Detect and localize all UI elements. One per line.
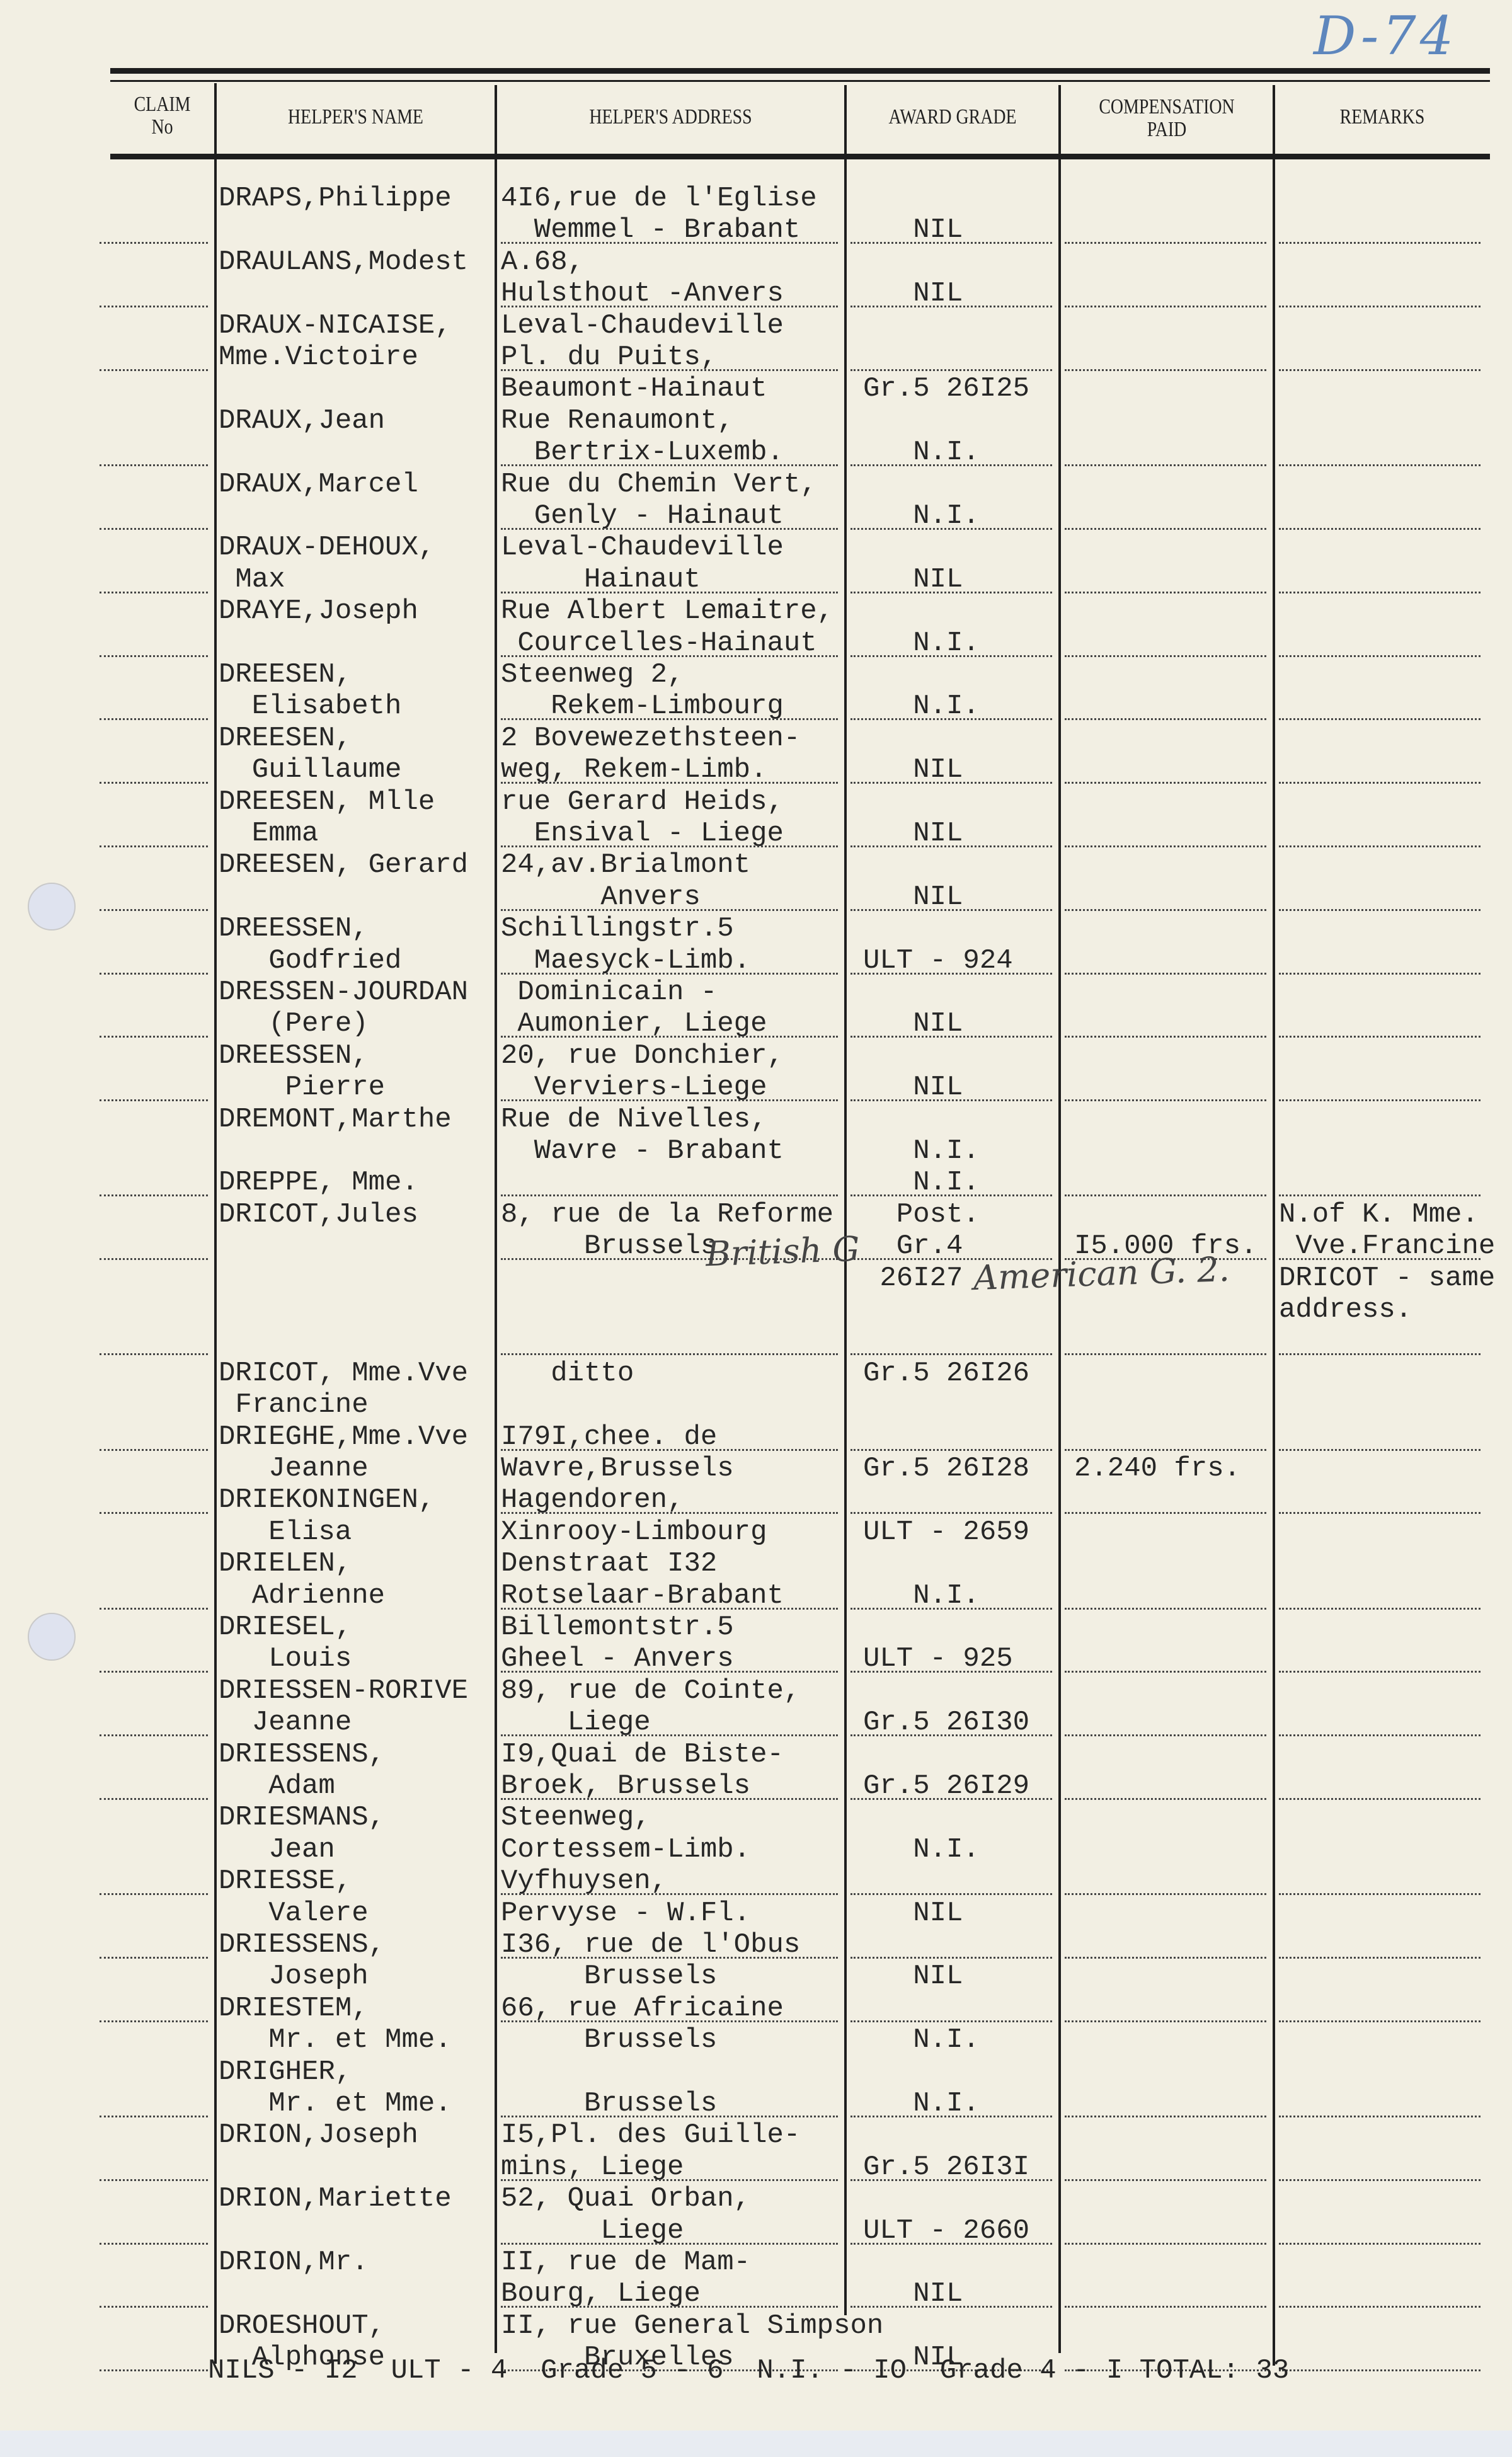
row-separator [501,1671,838,1673]
row-separator [850,1194,1052,1196]
cell-addr: Hainaut [501,564,701,595]
row-separator [850,1798,1052,1800]
row-separator [850,1893,1052,1895]
row-separator [850,2020,1052,2022]
cell-award: 26I27 [863,1263,963,1294]
row-separator [501,592,838,593]
row-separator [1065,1353,1266,1355]
row-separator [100,464,208,466]
cell-addr: Brussels [501,2024,717,2056]
row-separator [100,973,208,975]
cell-addr: A.68, [501,246,584,278]
cell-name: DRION,Joseph [219,2119,418,2151]
row-separator [501,1512,838,1514]
row-separator [850,718,1052,720]
cell-addr: weg, Rekem-Limb. [501,754,767,786]
row-separator [501,1798,838,1800]
row-separator [850,1671,1052,1673]
cell-name: Elisa [219,1516,352,1548]
row-separator [850,909,1052,911]
row-separator [1279,718,1480,720]
cell-addr: Rue Albert Lemaitre, [501,595,833,627]
cell-award: ULT - 924 [863,945,1013,976]
cell-addr: Bourg, Liege [501,2278,701,2310]
row-separator [100,2179,208,2181]
row-separator [100,528,208,530]
cell-addr: Rue Renaumont, [501,405,734,437]
row-separator [100,592,208,593]
cell-award: N.I. [863,1580,980,1612]
cell-addr: Vyfhuysen, [501,1865,667,1897]
row-separator [100,306,208,307]
cell-addr: I9,Quai de Biste- [501,1739,784,1770]
cell-name: DRAUX-DEHOUX, [219,532,435,563]
row-separator [1279,845,1480,847]
row-separator [501,2179,838,2181]
cell-name: DRION,Mariette [219,2183,452,2214]
cell-award: Gr.5 26I28 [863,1453,1029,1484]
cell-award: N.I. [863,2088,980,2119]
cell-name: DRIESSEN-RORIVE [219,1675,468,1707]
cell-award: Gr.5 26I3I [863,2151,1029,2183]
cell-addr: Cortessem-Limb. [501,1834,750,1865]
cell-addr: Liege [501,2215,684,2247]
row-separator [501,464,838,466]
row-separator [850,1512,1052,1514]
cell-name: Max [219,564,285,595]
row-separator [501,1194,838,1196]
column-divider [844,85,847,2315]
row-separator [1279,1893,1480,1895]
cell-addr: Aumonier, Liege [501,1008,767,1039]
cell-name: Adam [219,1770,335,1802]
cell-award: NIL [863,1961,963,1992]
cell-name: DRIELEN, [219,1548,352,1579]
cell-award: N.I. [863,1834,980,1865]
row-separator [850,2306,1052,2308]
cell-award: NIL [863,881,963,913]
row-separator [850,464,1052,466]
row-separator [1065,306,1266,307]
cell-addr: 66, rue Africaine [501,1993,784,2024]
punch-hole [28,1613,76,1661]
cell-addr: Rekem-Limbourg [501,690,784,722]
row-separator [1065,973,1266,975]
cell-addr: 8, rue de la Reforme [501,1199,833,1230]
cell-addr: Rue du Chemin Vert, [501,469,817,500]
cell-award: Gr.5 26I26 [863,1358,1029,1389]
cell-addr: Genly - Hainaut [501,500,784,532]
row-separator [100,2243,208,2245]
row-separator [501,1957,838,1959]
cell-remarks: address. [1279,1294,1412,1326]
cell-name: DRION,Mr. [219,2247,369,2278]
row-separator [100,782,208,784]
cell-award: NIL [863,1898,963,1929]
row-separator [100,1449,208,1451]
cell-name: DRICOT,Jules [219,1199,418,1230]
row-separator [501,369,838,371]
row-separator [850,592,1052,593]
cell-addr: Steenweg, [501,1802,651,1833]
cell-addr: Liege [501,1707,651,1738]
cell-addr: Pl. du Puits, [501,341,717,373]
cell-name: DREESEN, Mlle [219,786,435,818]
cell-name: Elisabeth [219,690,401,722]
row-separator [1279,1258,1480,1260]
file-reference-annotation: D-74 [1314,5,1457,67]
cell-name: Louis [219,1643,352,1675]
row-separator [1279,2306,1480,2308]
row-separator [501,909,838,911]
cell-award: NIL [863,818,963,849]
cell-name: DRAPS,Philippe [219,183,452,214]
row-separator [1065,1957,1266,1959]
cell-name: Godfried [219,945,401,976]
row-separator [501,1893,838,1895]
row-separator [1065,909,1266,911]
row-separator [1065,845,1266,847]
row-separator [1279,1099,1480,1101]
cell-name: DRESSEN-JOURDAN [219,976,468,1008]
row-separator [1065,1893,1266,1895]
cell-addr: Xinrooy-Limbourg [501,1516,767,1548]
handwritten-note-american: American G. 2. [973,1249,1230,1298]
row-separator [850,1734,1052,1736]
row-separator [100,1798,208,1800]
row-separator [100,369,208,371]
row-separator [1279,306,1480,307]
row-separator [501,973,838,975]
cell-name: DRIESEL, [219,1612,352,1643]
cell-addr: Leval-Chaudeville [501,310,784,341]
cell-comp: 2.240 frs. [1074,1453,1240,1484]
row-separator [1279,1671,1480,1673]
cell-name: DROESHOUT, [219,2310,385,2342]
row-separator [850,1957,1052,1959]
row-separator [1065,2179,1266,2181]
cell-name: DRIESTEM, [219,1993,369,2024]
cell-name: DRIEGHE,Mme.Vve [219,1421,468,1453]
cell-name: DRIESSE, [219,1865,352,1897]
row-separator [850,782,1052,784]
cell-addr: I5,Pl. des Guille- [501,2119,800,2151]
row-separator [1279,242,1480,244]
cell-name: Guillaume [219,754,401,786]
cell-name: DREESSEN, [219,913,369,944]
row-separator [850,845,1052,847]
summary-totals: NILS - I2 ULT - 4 Grade 5 - 6 N.I. - IO … [208,2355,1289,2386]
row-separator [1065,1798,1266,1800]
row-separator [501,528,838,530]
row-separator [100,845,208,847]
cell-addr: Rotselaar-Brabant [501,1580,784,1612]
cell-name: DREPPE, Mme. [219,1167,418,1198]
header-helpers-address: HELPER'S ADDRESS [529,106,813,129]
cell-name: DREESSEN, [219,1040,369,1072]
column-divider [1273,85,1275,2366]
document-page: D-74 CLAIM No HELPER'S NAME HELPER'S ADD… [0,0,1512,2431]
header-remarks: REMARKS [1295,106,1470,129]
column-divider [1058,85,1061,2353]
row-separator [100,242,208,244]
row-separator [1065,242,1266,244]
row-separator [1279,1194,1480,1196]
row-separator [100,1734,208,1736]
cell-award: Post. [863,1199,980,1230]
row-separator [850,2179,1052,2181]
row-separator [501,1036,838,1038]
cell-addr: Bertrix-Luxemb. [501,437,784,468]
cell-addr: Denstraat I32 [501,1548,717,1579]
cell-name: DRAUX,Marcel [219,469,418,500]
row-separator [501,1353,838,1355]
row-separator [1279,1036,1480,1038]
cell-name: DRIGHER, [219,2056,352,2088]
punch-hole [28,883,76,931]
row-separator [1279,1798,1480,1800]
row-separator [100,1608,208,1610]
row-separator [501,782,838,784]
cell-award: N.I. [863,2024,980,2056]
cell-addr: Dominicain - [501,976,717,1008]
row-separator [1065,1734,1266,1736]
cell-addr: Maesyck-Limb. [501,945,750,976]
row-separator [100,2306,208,2308]
row-separator [1279,782,1480,784]
cell-award: N.I. [863,627,980,659]
row-separator [501,845,838,847]
cell-addr: ditto [501,1358,634,1389]
cell-addr: Courcelles-Hainaut [501,627,817,659]
cell-addr: Brussels [501,2088,717,2119]
row-separator [1065,782,1266,784]
cell-award: ULT - 2659 [863,1516,1029,1548]
row-separator [850,1608,1052,1610]
cell-name: DRAUX,Jean [219,405,385,437]
row-separator [501,1734,838,1736]
cell-addr: Anvers [501,881,701,913]
cell-award: NIL [863,214,963,246]
row-separator [1065,2020,1266,2022]
cell-name: DRIESSENS, [219,1739,385,1770]
row-separator [100,1893,208,1895]
handwritten-note-british: British G [705,1229,861,1274]
cell-name: (Pere) [219,1008,369,1039]
row-separator [100,2116,208,2117]
cell-award: N.I. [863,690,980,722]
cell-name: Jeanne [219,1453,369,1484]
cell-name: DRICOT, Mme.Vve [219,1358,468,1389]
row-separator [100,1353,208,1355]
row-separator [1279,2243,1480,2245]
cell-name: DREESEN, [219,723,352,754]
row-separator [501,1099,838,1101]
cell-addr: Wemmel - Brabant [501,214,800,246]
cell-addr: Wavre,Brussels [501,1453,734,1484]
cell-award: NIL [863,1072,963,1103]
cell-addr: Gheel - Anvers [501,1643,734,1675]
row-separator [501,655,838,657]
cell-addr: Beaumont-Hainaut [501,373,767,404]
row-separator [1065,1608,1266,1610]
row-separator [1065,464,1266,466]
row-separator [850,1099,1052,1101]
row-separator [850,973,1052,975]
cell-name: DRIEKONINGEN, [219,1484,435,1516]
cell-award: Gr.5 26I25 [863,373,1029,404]
cell-remarks: N.of K. Mme. [1279,1199,1479,1230]
cell-award: Gr.5 26I29 [863,1770,1029,1802]
cell-award: NIL [863,564,963,595]
row-separator [1279,592,1480,593]
cell-name: Pierre [219,1072,385,1103]
row-separator [1279,973,1480,975]
column-divider [214,83,217,2364]
header-helpers-name: HELPER'S NAME [242,106,470,129]
cell-remarks: Vve.Francine [1279,1230,1495,1262]
row-separator [501,2116,838,2117]
row-separator [850,1353,1052,1355]
header-award-grade: AWARD GRADE [866,106,1039,129]
row-separator [501,242,838,244]
cell-name: DRIESSENS, [219,1929,385,1961]
cell-name: Emma [219,818,318,849]
row-separator [100,1258,208,1260]
cell-award: ULT - 925 [863,1643,1013,1675]
cell-award: NIL [863,754,963,786]
row-separator [100,1099,208,1101]
row-separator [100,2020,208,2022]
cell-name: Mr. et Mme. [219,2024,452,2056]
cell-addr: II, rue General Simpson [501,2310,883,2342]
row-separator [100,1512,208,1514]
row-separator [1065,2306,1266,2308]
cell-award: N.I. [863,1167,980,1198]
row-separator [1279,2179,1480,2181]
row-separator [1279,2116,1480,2117]
cell-addr: II, rue de Mam- [501,2247,750,2278]
row-separator [1279,369,1480,371]
row-separator [100,1036,208,1038]
cell-name: DREMONT,Marthe [219,1104,452,1135]
cell-addr: 89, rue de Cointe, [501,1675,800,1707]
cell-remarks: DRICOT - same [1279,1263,1495,1294]
row-separator [1279,464,1480,466]
cell-addr: Pervyse - W.Fl. [501,1898,750,1929]
cell-addr: rue Gerard Heids, [501,786,784,818]
cell-addr: Hagendoren, [501,1484,684,1516]
cell-addr: Schillingstr.5 [501,913,734,944]
cell-addr: Ensival - Liege [501,818,784,849]
cell-name: DRAYE,Joseph [219,595,418,627]
cell-award: Gr.5 26I30 [863,1707,1029,1738]
cell-addr: Broek, Brussels [501,1770,750,1802]
cell-addr: Steenweg 2, [501,659,684,690]
row-separator [850,2243,1052,2245]
cell-name: DRIESMANS, [219,1802,385,1833]
cell-addr: I36, rue de l'Obus [501,1929,800,1961]
row-separator [850,242,1052,244]
row-separator [1065,2116,1266,2117]
cell-addr: I79I,chee. de [501,1421,717,1453]
cell-award: N.I. [863,500,980,532]
cell-addr: 20, rue Donchier, [501,1040,784,1072]
header-top-thin-rule [110,80,1490,82]
row-separator [1065,528,1266,530]
row-separator [1279,2020,1480,2022]
cell-addr: 4I6,rue de l'Eglise [501,183,817,214]
row-separator [501,1449,838,1451]
cell-addr: Billemontstr.5 [501,1612,734,1643]
row-separator [1279,2369,1480,2371]
row-separator [850,306,1052,307]
cell-name: DRAUX-NICAISE, [219,310,452,341]
row-separator [100,1671,208,1673]
cell-award: Gr.4 [863,1230,963,1262]
row-separator [850,655,1052,657]
header-bottom-rule [110,154,1490,159]
row-separator [1279,1608,1480,1610]
row-separator [501,2306,838,2308]
column-divider [495,85,497,2353]
row-separator [1279,1512,1480,1514]
row-separator [100,718,208,720]
cell-award: NIL [863,278,963,309]
row-separator [1065,655,1266,657]
cell-addr: Rue de Nivelles, [501,1104,767,1135]
cell-award: N.I. [863,1135,980,1167]
row-separator [100,2369,208,2371]
cell-name: DREESEN, [219,659,352,690]
row-separator [1279,655,1480,657]
row-separator [100,909,208,911]
row-separator [1065,1036,1266,1038]
cell-name: Adrienne [219,1580,385,1612]
header-claim-no: CLAIM No [120,93,205,139]
row-separator [1065,1449,1266,1451]
cell-award: NIL [863,2278,963,2310]
cell-name: Francine [219,1389,369,1421]
row-separator [1065,592,1266,593]
cell-name: Joseph [219,1961,369,1992]
cell-addr: Brussels [501,1230,717,1262]
row-separator [501,306,838,307]
cell-award: NIL [863,1008,963,1039]
cell-addr: 2 Bovewezethsteen- [501,723,800,754]
row-separator [100,655,208,657]
row-separator [1065,2243,1266,2245]
cell-name: Mme.Victoire [219,341,418,373]
cell-name: Jeanne [219,1707,352,1738]
header-top-thick-rule [110,68,1490,74]
row-separator [501,1608,838,1610]
row-separator [1065,1194,1266,1196]
cell-addr: Wavre - Brabant [501,1135,784,1167]
cell-award: ULT - 2660 [863,2215,1029,2247]
cell-name: Valere [219,1898,369,1929]
row-separator [100,1957,208,1959]
row-separator [850,369,1052,371]
cell-award: N.I. [863,437,980,468]
row-separator [1065,369,1266,371]
cell-addr: mins, Liege [501,2151,684,2183]
row-separator [100,1194,208,1196]
row-separator [1065,1671,1266,1673]
row-separator [1279,1353,1480,1355]
row-separator [850,1449,1052,1451]
row-separator [1279,1449,1480,1451]
